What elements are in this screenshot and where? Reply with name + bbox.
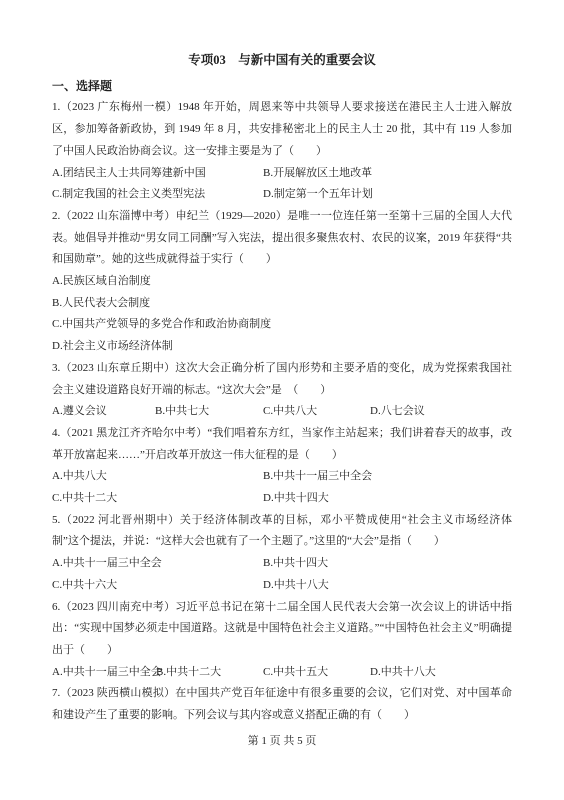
option-c: C.中共十五大 — [263, 662, 370, 684]
option-c: C.中共十二大 — [52, 488, 263, 510]
question-7: 7.（2023 陕西横山模拟）在中国共产党百年征途中有很多重要的会议，它们对党、… — [52, 683, 512, 726]
option-a: A.团结民主人士共同筹建新中国 — [52, 163, 263, 185]
question-2: 2.（2022 山东淄博中考）申纪兰（1929—2020）是唯一一位连任第一至第… — [52, 206, 512, 358]
page-footer: 第 1 页 共 5 页 — [52, 731, 512, 753]
option-c: C.制定我国的社会主义类型宪法 — [52, 184, 263, 206]
option-d: D.八七会议 — [370, 401, 512, 423]
question-1-options: A.团结民主人士共同筹建新中国 B.开展解放区土地改革 C.制定我国的社会主义类… — [52, 163, 512, 206]
question-5: 5.（2022 河北晋州期中）关于经济体制改革的目标，邓小平赞成使用“社会主义市… — [52, 510, 512, 597]
question-1-stem: 1.（2023 广东梅州一模）1948 年开始，周恩来等中共领导人要求接送在港民… — [52, 97, 512, 162]
option-a: A.遵义会议 — [52, 401, 155, 423]
question-2-options: A.民族区域自治制度 B.人民代表大会制度 C.中国共产党领导的多党合作和政治协… — [52, 271, 512, 358]
question-3: 3.（2023 山东章丘期中）这次大会正确分析了国内形势和主要矛盾的变化，成为党… — [52, 358, 512, 423]
question-1: 1.（2023 广东梅州一模）1948 年开始，周恩来等中共领导人要求接送在港民… — [52, 97, 512, 206]
option-b: B.开展解放区土地改革 — [263, 163, 512, 185]
question-6-stem: 6.（2023 四川南充中考）习近平总书记在第十二届全国人民代表大会第一次会议上… — [52, 597, 512, 662]
option-c: C.中共八大 — [263, 401, 370, 423]
question-5-options: A.中共十一届三中全会 B.中共十四大 C.中共十六大 D.中共十八大 — [52, 553, 512, 596]
question-3-options: A.遵义会议 B.中共七大 C.中共八大 D.八七会议 — [52, 401, 512, 423]
option-b: B.人民代表大会制度 — [52, 293, 512, 315]
option-a: A.民族区域自治制度 — [52, 271, 512, 293]
page-title: 专项03 与新中国有关的重要会议 — [52, 50, 512, 72]
option-d: D.制定第一个五年计划 — [263, 184, 512, 206]
option-a: A.中共八大 — [52, 466, 263, 488]
option-d: D.中共十八大 — [263, 575, 512, 597]
option-d: D.中共十四大 — [263, 488, 512, 510]
question-4-stem: 4.（2021 黑龙江齐齐哈尔中考）“我们唱着东方红，当家作主站起来；我们讲着春… — [52, 423, 512, 466]
option-b: B.中共十四大 — [263, 553, 512, 575]
option-c: C.中共十六大 — [52, 575, 263, 597]
option-b: B.中共七大 — [155, 401, 263, 423]
option-d: D.中共十八大 — [370, 662, 512, 684]
section-heading: 一、选择题 — [52, 76, 512, 98]
option-d: D.社会主义市场经济体制 — [52, 336, 512, 358]
question-2-stem: 2.（2022 山东淄博中考）申纪兰（1929—2020）是唯一一位连任第一至第… — [52, 206, 512, 271]
question-4: 4.（2021 黑龙江齐齐哈尔中考）“我们唱着东方红，当家作主站起来；我们讲着春… — [52, 423, 512, 510]
question-6: 6.（2023 四川南充中考）习近平总书记在第十二届全国人民代表大会第一次会议上… — [52, 597, 512, 684]
option-a: A.中共十一届三中全会 — [52, 662, 156, 684]
question-6-options: A.中共十一届三中全会 B.中共十二大 C.中共十五大 D.中共十八大 — [52, 662, 512, 684]
question-7-stem: 7.（2023 陕西横山模拟）在中国共产党百年征途中有很多重要的会议，它们对党、… — [52, 683, 512, 726]
question-5-stem: 5.（2022 河北晋州期中）关于经济体制改革的目标，邓小平赞成使用“社会主义市… — [52, 510, 512, 553]
option-a: A.中共十一届三中全会 — [52, 553, 263, 575]
question-4-options: A.中共八大 B.中共十一届三中全会 C.中共十二大 D.中共十四大 — [52, 466, 512, 509]
document-page: 专项03 与新中国有关的重要会议 一、选择题 1.（2023 广东梅州一模）19… — [0, 0, 564, 800]
option-b: B.中共十一届三中全会 — [263, 466, 512, 488]
option-b: B.中共十二大 — [156, 662, 263, 684]
question-3-stem: 3.（2023 山东章丘期中）这次大会正确分析了国内形势和主要矛盾的变化，成为党… — [52, 358, 512, 401]
option-c: C.中国共产党领导的多党合作和政治协商制度 — [52, 314, 512, 336]
